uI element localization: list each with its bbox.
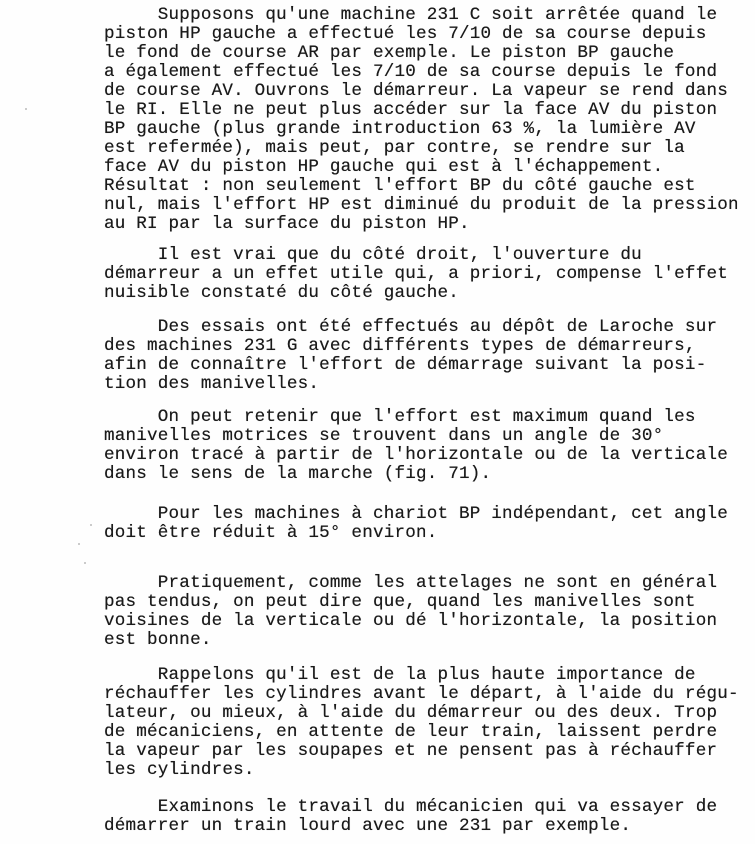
scan-speck xyxy=(25,108,27,110)
text-line: la vapeur par les soupapes et ne pensent… xyxy=(104,742,717,761)
text-line: BP gauche (plus grande introduction 63 %… xyxy=(104,120,696,139)
text-line: de course AV. Ouvrons le démarreur. La v… xyxy=(104,82,728,101)
text-line: Supposons qu'une machine 231 C soit arrê… xyxy=(104,6,717,25)
text-line: les cylindres. xyxy=(104,761,255,780)
text-line: Pratiquement, comme les attelages ne son… xyxy=(104,574,717,593)
text-line: tion des manivelles. xyxy=(104,375,319,394)
text-line: est refermée), mais peut, par contre, se… xyxy=(104,139,685,158)
text-line: pas tendus, on peut dire que, quand les … xyxy=(104,593,696,612)
scan-speck xyxy=(84,562,86,564)
text-line: des machines 231 G avec différents types… xyxy=(104,337,696,356)
text-line: réchauffer les cylindres avant le départ… xyxy=(104,685,739,704)
text-line: a également effectué les 7/10 de sa cour… xyxy=(104,63,717,82)
text-line: Il est vrai que du côté droit, l'ouvertu… xyxy=(104,246,642,265)
text-line: au RI par la surface du piston HP. xyxy=(104,215,470,234)
text-line: le RI. Elle ne peut plus accéder sur la … xyxy=(104,101,717,120)
text-line: lateur, ou mieux, à l'aide du démarreur … xyxy=(104,704,717,723)
scan-speck xyxy=(78,543,80,545)
text-line: Pour les machines à chariot BP indépenda… xyxy=(104,505,728,524)
text-line: est bonne. xyxy=(104,631,212,650)
scanned-document-page: Supposons qu'une machine 231 C soit arrê… xyxy=(0,0,755,844)
text-line: le fond de course AR par exemple. Le pis… xyxy=(104,44,674,63)
text-line: voisines de la verticale ou dé l'horizon… xyxy=(104,612,717,631)
text-line: démarrer un train lourd avec une 231 par… xyxy=(104,817,631,836)
text-line: On peut retenir que l'effort est maximum… xyxy=(104,408,696,427)
text-line: nuisible constaté du côté gauche. xyxy=(104,284,459,303)
text-line: face AV du piston HP gauche qui est à l'… xyxy=(104,158,663,177)
text-line: Des essais ont été effectués au dépôt de… xyxy=(104,318,717,337)
text-line: Résultat : non seulement l'effort BP du … xyxy=(104,177,696,196)
text-line: doit être réduit à 15° environ. xyxy=(104,524,438,543)
text-line: nul, mais l'effort HP est diminué du pro… xyxy=(104,196,739,215)
text-line: Rappelons qu'il est de la plus haute imp… xyxy=(104,666,696,685)
text-line: piston HP gauche a effectué les 7/10 de … xyxy=(104,25,706,44)
scan-speck xyxy=(90,524,92,526)
text-line: manivelles motrices se trouvent dans un … xyxy=(104,427,663,446)
text-line: environ tracé à partir de l'horizontale … xyxy=(104,446,728,465)
text-line: dans le sens de la marche (fig. 71). xyxy=(104,465,491,484)
text-line: démarreur a un effet utile qui, a priori… xyxy=(104,265,728,284)
text-line: afin de connaître l'effort de démarrage … xyxy=(104,356,706,375)
text-line: de mécaniciens, en attente de leur train… xyxy=(104,723,717,742)
text-line: Examinons le travail du mécanicien qui v… xyxy=(104,798,717,817)
